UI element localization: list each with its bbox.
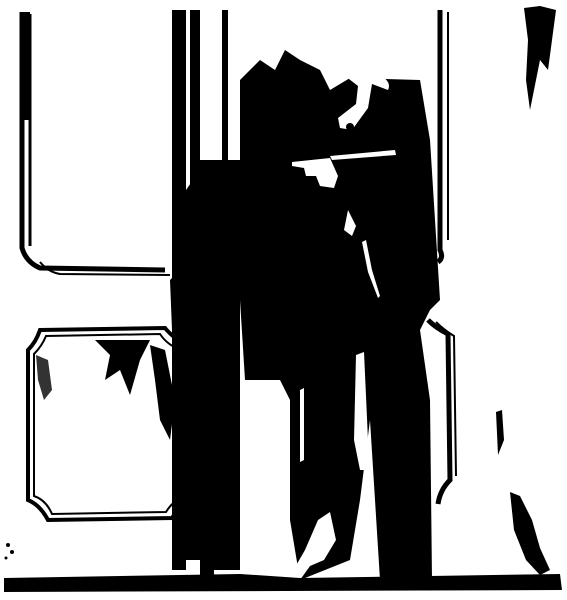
photo-scene: [0, 0, 567, 600]
